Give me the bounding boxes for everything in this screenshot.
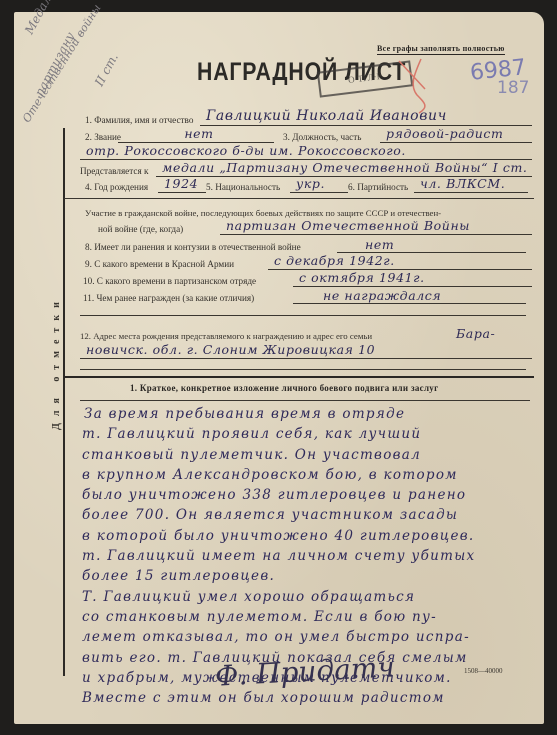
field-label-prev-awards: 11. Чем ранее награжден (за какие отличи… [83,293,254,303]
narrative-line: т. Гавлицкий проявил себя, как лучший [82,424,532,444]
field-label-name: 1. Фамилия, имя и отчество [85,115,193,125]
narrative-line: т. Гавлицкий имеет на личном счету убиты… [82,546,532,566]
field-label-rank: 2. Звание [85,132,121,142]
field-label-nationality: 5. Национальность [206,182,280,192]
field-value-nationality: укр. [290,176,348,193]
print-code: 1508—40000 [464,667,503,675]
field-label-war-participation-b: ной войне (где, когда) [98,224,183,234]
field-row-wounds: 8. Имеет ли ранения и контузии в отечест… [80,238,532,254]
narrative-line: Вместе с этим он был хорошим радистом [82,688,532,708]
section-divider-thick [64,376,534,378]
field-label-wounds: 8. Имеет ли ранения и контузии в отечест… [85,242,301,252]
field-row-birth-nationality-party: 4. Год рождения 1924 5. Национальность у… [80,178,532,194]
field-value-rank: нет [118,126,274,143]
field-value-address: Бара- [450,326,532,342]
narrative-line: лемет отказывал, то он умел быстро испра… [82,627,532,647]
field-label-presented: Представляется к [80,166,148,176]
red-pencil-mark [395,55,435,115]
field-row-war-participation-b: ной войне (где, когда) партизан Отечеств… [80,220,532,236]
field-value-war-participation: партизан Отечественной Войны [220,218,532,235]
narrative-line: со станковым пулеметом. Если в бою пу- [82,607,532,627]
field-label-party: 6. Партийность [348,182,408,192]
narrative-line: в крупном Александровском бою, в котором [82,465,532,485]
field-row-rank-position: 2. Звание нет 3. Должность, часть рядово… [80,128,532,144]
narrative-line: Т. Гавлицкий умел хорошо обращаться [82,587,532,607]
field-row-red-army: 9. С какого времени в Красной Армии с де… [80,255,532,271]
narrative-top-rule [80,400,530,401]
field-label-address: 12. Адрес места рождения представляемого… [80,331,372,341]
field-value-address-cont: новичск. обл. г. Слоним Жировицкая 10 [80,342,532,359]
narrative-line: За время пребывания время в отряде [82,404,532,424]
narrative-line: станковый пулеметчик. Он участвовал [82,445,532,465]
blank-rule [80,369,526,370]
field-value-position-cont: отр. Рокоссовского б-ды им. Рокоссовског… [80,143,532,160]
narrative-line: в которой было уничтожено 40 гитлеровцев… [82,526,532,546]
margin-vertical-label: Для отметки [51,268,65,458]
blank-rule [80,315,526,316]
field-row-address-cont: новичск. обл. г. Слоним Жировицкая 10 [80,344,532,360]
field-row-prev-awards: 11. Чем ранее награжден (за какие отличи… [80,289,532,305]
field-label-partisan: 10. С какого времени в партизанском отря… [83,276,256,286]
field-label-war-participation-a: Участие в гражданской войне, последующих… [85,208,441,218]
field-row-address: 12. Адрес места рождения представляемого… [80,327,532,343]
narrative-line: более 15 гитлеровцев. [82,566,532,586]
field-value-party: чл. ВЛКСМ. [414,176,528,193]
field-label-position: 3. Должность, часть [283,132,361,142]
archive-number-bottom: 187 [497,78,529,98]
fill-instruction: Все графы заполнять полностью [377,44,505,55]
narrative-line: было уничтожено 338 гитлеровцев и ранено [82,485,532,505]
narrative-section-title: 1. Краткое, конкретное изложение личного… [130,383,439,393]
field-value-birth-year: 1924 [158,176,206,193]
field-value-presented: медали „Партизану Отечественной Войны“ I… [156,160,532,177]
field-value-wounds: нет [337,237,526,253]
field-value-red-army: с декабря 1942г. [268,253,532,270]
narrative-line: более 700. Он является участником засады [82,505,532,525]
field-label-birth-year: 4. Год рождения [85,182,148,192]
field-value-partisan: с октября 1941г. [293,270,532,287]
field-row-partisan: 10. С какого времени в партизанском отря… [80,272,532,288]
section-divider [64,198,534,199]
field-value-name: Гавлицкий Николай Иванович [200,109,532,126]
field-label-red-army: 9. С какого времени в Красной Армии [85,259,234,269]
field-value-position: рядовой-радист [380,126,532,143]
field-value-prev-awards: не награждался [293,288,526,304]
field-row-position-cont: отр. Рокоссовского б-ды им. Рокоссовског… [80,145,532,161]
field-row-name: 1. Фамилия, имя и отчество Гавлицкий Ник… [80,111,532,127]
